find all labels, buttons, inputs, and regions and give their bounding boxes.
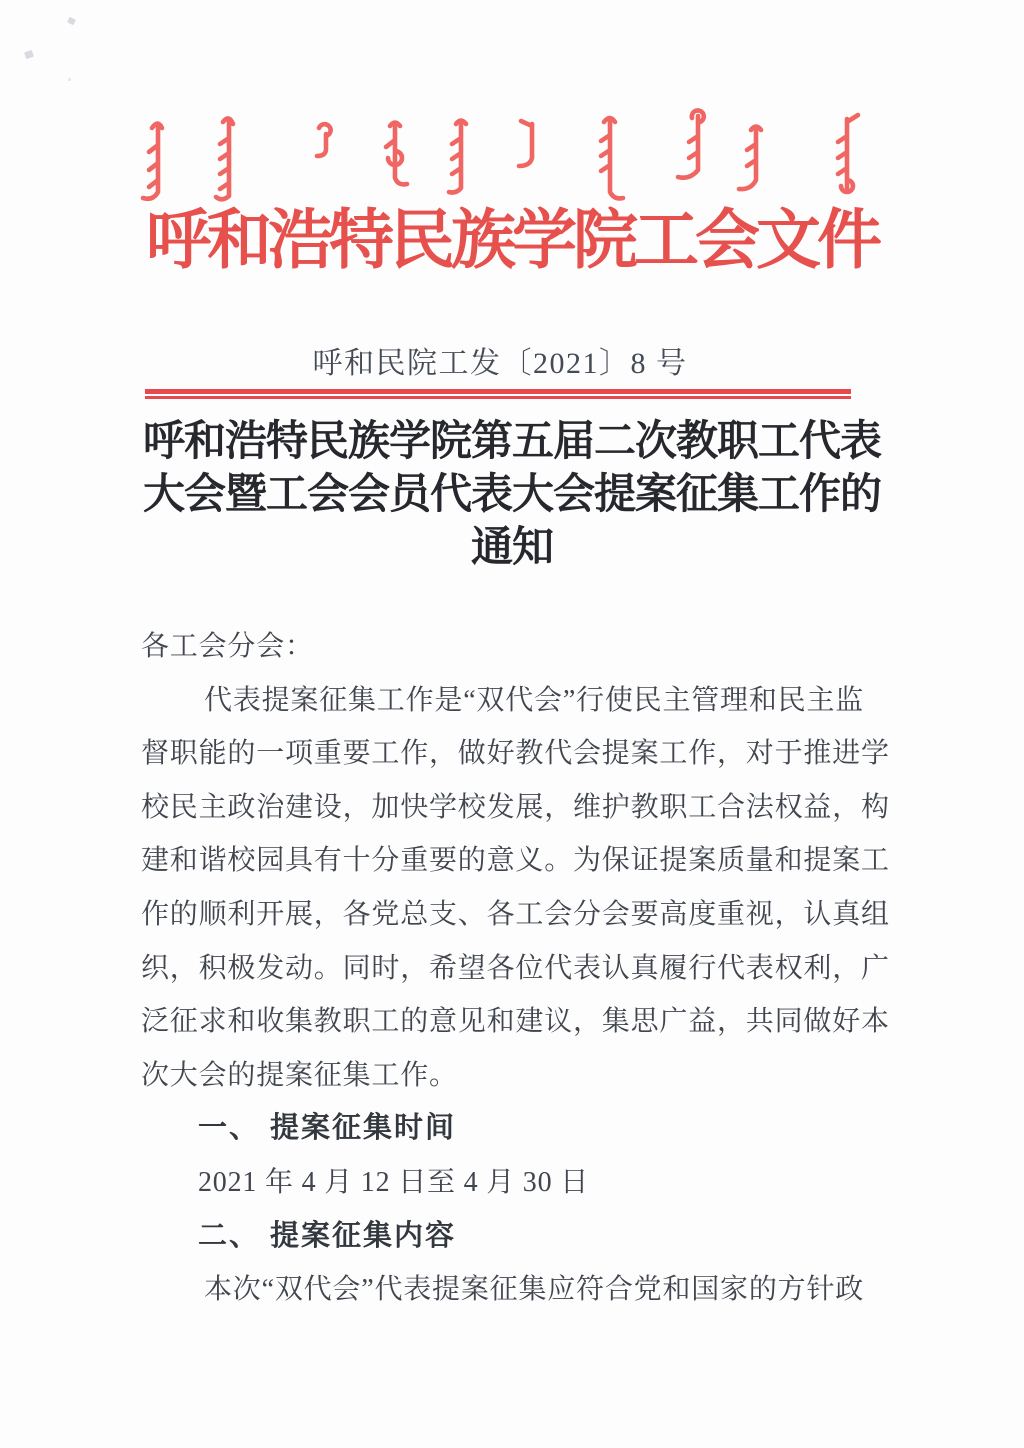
paragraph-line: 督职能的一项重要工作，做好教代会提案工作，对于推进学 bbox=[141, 727, 889, 781]
mongolian-word-glyph bbox=[601, 118, 623, 198]
paragraph-line: 次大会的提案征集工作。 bbox=[141, 1049, 889, 1103]
section-heading-2: 二、 提案征集内容 bbox=[141, 1210, 889, 1264]
document-title-line-2: 大会暨工会会员代表大会提案征集工作的 bbox=[112, 469, 912, 522]
date-range: 2021 年 4 月 12 日至 4 月 30 日 bbox=[141, 1156, 889, 1210]
document-title-line-1: 呼和浩特民族学院第五届二次教职工代表 bbox=[112, 416, 912, 469]
document-number: 呼和民院工发〔2021〕8 号 bbox=[0, 338, 1000, 382]
mongolian-word-glyph bbox=[739, 127, 761, 190]
paragraph-line: 织，积极发动。同时，希望各位代表认真履行代表权利，广 bbox=[141, 942, 889, 996]
paragraph-line: 作的顺利开展，各党总支、各工会分会要高度重视，认真组 bbox=[141, 888, 889, 942]
mongolian-word-glyph bbox=[386, 123, 407, 185]
document-title-line-3: 通知 bbox=[112, 522, 912, 575]
red-separator-rule bbox=[145, 389, 851, 399]
paragraph-line: 本次“双代会”代表提案征集应符合党和国家的方针政 bbox=[141, 1263, 889, 1317]
organization-title: 呼和浩特民族学院工会文件 bbox=[0, 204, 1024, 279]
mongolian-word-glyph bbox=[216, 118, 233, 199]
paragraph-line: 校民主政治建设，加快学校发展，维护教职工合法权益，构 bbox=[141, 781, 889, 835]
document-title: 呼和浩特民族学院第五届二次教职工代表 大会暨工会会员代表大会提案征集工作的 通知 bbox=[112, 416, 912, 575]
mongolian-script-icon bbox=[0, 0, 1024, 220]
section-heading-1: 一、 提案征集时间 bbox=[141, 1102, 889, 1156]
paragraph-line: 建和谐校园具有十分重要的意义。为保证提案质量和提案工 bbox=[141, 834, 889, 888]
mongolian-word-glyph bbox=[143, 124, 162, 199]
paragraph-line: 代表提案征集工作是“双代会”行使民主管理和民主监 bbox=[141, 674, 889, 728]
mongolian-word-glyph bbox=[317, 124, 331, 156]
mongolian-word-glyph bbox=[519, 121, 532, 166]
document-body: 各工会分会： 代表提案征集工作是“双代会”行使民主管理和民主监 督职能的一项重要… bbox=[141, 620, 889, 1317]
mongolian-word-glyph bbox=[678, 110, 704, 177]
mongolian-word-glyph bbox=[838, 115, 858, 192]
paragraph-line: 泛征求和收集教职工的意见和建议，集思广益，共同做好本 bbox=[141, 995, 889, 1049]
scanned-document-page: 呼和浩特民族学院工会文件 呼和民院工发〔2021〕8 号 呼和浩特民族学院第五届… bbox=[0, 0, 1024, 1448]
salutation: 各工会分会： bbox=[141, 620, 889, 674]
rule-thin-band bbox=[145, 396, 851, 399]
mongolian-word-glyph bbox=[449, 121, 466, 193]
